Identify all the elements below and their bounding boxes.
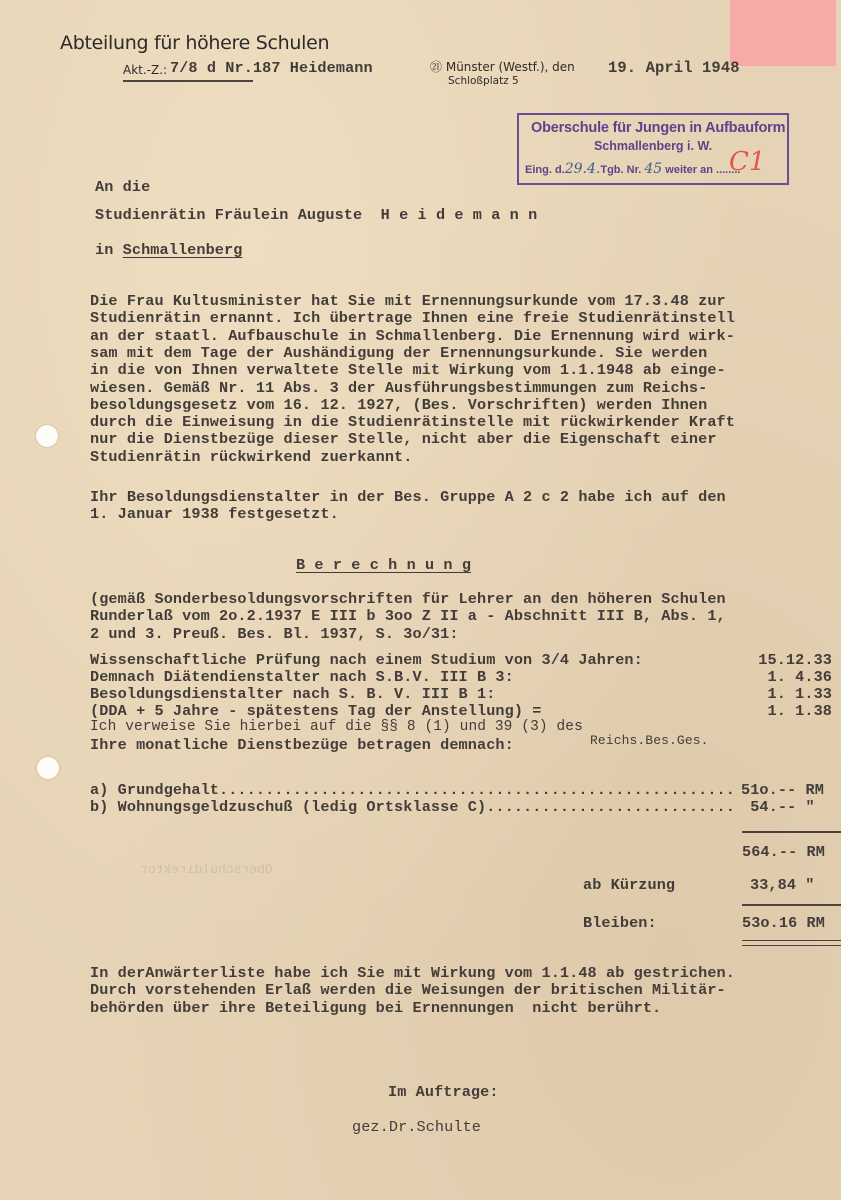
recipient-name: H e i d e m a n n [381, 206, 538, 224]
remaining-label: Bleiben: [583, 914, 657, 932]
text-line: besoldungsgesetz vom 16. 12. 1927, (Bes.… [90, 396, 707, 414]
total-double-rule [742, 940, 841, 946]
stamp-school: Oberschule für Jungen in Aufbauform [531, 120, 785, 136]
letter-date: 19. April 1948 [608, 59, 740, 77]
date-row-value: 15.12.33 [758, 651, 832, 669]
text-line: Studienrätin ernannt. Ich übertrage Ihne… [90, 309, 735, 327]
text-line: 2 und 3. Preuß. Bes. Bl. 1937, S. 3o/31: [90, 625, 459, 643]
stamp-journal-number: 45 [644, 161, 662, 177]
date-row-value: 1. 1.38 [768, 702, 833, 720]
text-line: Durch vorstehenden Erlaß werden die Weis… [90, 981, 726, 999]
date-row-label: Wissenschaftliche Prüfung nach einem Stu… [90, 651, 643, 669]
deduction-rule [742, 904, 841, 906]
text-line: Studienrätin rückwirkend zuerkannt. [90, 448, 413, 466]
punch-hole [37, 757, 59, 779]
text-line: durch die Einweisung in die Studienrätin… [90, 413, 735, 431]
monthly-intro: Ihre monatliche Dienstbezüge betragen de… [90, 736, 514, 754]
text-line: nur die Dienstbezüge dieser Stelle, nich… [90, 430, 717, 448]
department-heading: Abteilung für höhere Schulen [60, 32, 329, 54]
recipient-line: Studienrätin Fräulein Auguste H e i d e … [95, 206, 537, 224]
salary-item-label: a) Grundgehalt..........................… [90, 781, 735, 799]
address-line: Schloßplatz 5 [448, 75, 519, 87]
text-line: (gemäß Sonderbesoldungsvorschriften für … [90, 590, 726, 608]
text-line: Runderlaß vom 2o.2.1937 E III b 3oo Z II… [90, 607, 726, 625]
reference-note-cont: Reichs.Bes.Ges. [590, 733, 709, 748]
sum-rule [742, 831, 841, 833]
file-ref-value: 7/8 d Nr.187 Heidemann [170, 59, 373, 77]
reference-note: Ich verweise Sie hierbei auf die §§ 8 (1… [90, 719, 583, 735]
date-row-value: 1. 4.36 [768, 668, 833, 686]
text-line: 1. Januar 1938 festgesetzt. [90, 505, 339, 523]
text-line: behörden über ihre Beteiligung bei Ernen… [90, 999, 661, 1017]
stamp-receipt-line: Eing. d.29.4.Tgb. Nr. 45 weiter an .....… [525, 161, 740, 177]
recipient-city: in Schmallenberg [95, 241, 242, 259]
file-ref-underline [123, 80, 253, 82]
deduction-amount: 33,84 " [750, 876, 815, 894]
pink-index-tab [730, 0, 836, 66]
date-row-label: (DDA + 5 Jahre - spätestens Tag der Anst… [90, 702, 542, 720]
calculation-heading: B e r e c h n u n g [296, 556, 471, 574]
text-line: in die von Ihnen verwaltete Stelle mit W… [90, 361, 726, 379]
subtotal-amount: 564.-- RM [742, 843, 825, 861]
text-line: Ihr Besoldungsdienstalter in der Bes. Gr… [90, 488, 726, 506]
bleed-through-text: Oberschuldirektor [140, 862, 273, 877]
signature: gez.Dr.Schulte [352, 1118, 481, 1136]
text-line: an der staatl. Aufbauschule in Schmallen… [90, 327, 735, 345]
text-line: wiesen. Gemäß Nr. 11 Abs. 3 der Ausführu… [90, 379, 707, 397]
date-row-label: Besoldungsdienstalter nach S. B. V. III … [90, 685, 495, 703]
stamp-received-date: 29.4. [565, 161, 601, 177]
file-ref-label: Akt.-Z.: [123, 63, 167, 77]
remaining-amount: 53o.16 RM [742, 914, 825, 932]
salary-item-amount: 51o.-- RM [741, 781, 841, 799]
punch-hole [36, 425, 58, 447]
receipt-stamp: Oberschule für Jungen in Aufbauform Schm… [517, 113, 789, 185]
postal-zone-icon: ㉑ [430, 60, 442, 74]
stamp-forward-mark: C1 [729, 147, 765, 177]
date-row-label: Demnach Diätendienstalter nach S.B.V. II… [90, 668, 514, 686]
deduction-label: ab Kürzung [583, 876, 675, 894]
salary-item-amount: 54.-- " [741, 798, 841, 816]
salary-item-label: b) Wohnungsgeldzuschuß (ledig Ortsklasse… [90, 798, 735, 816]
address-to: An die [95, 178, 150, 196]
text-line: sam mit dem Tage der Aushändigung der Er… [90, 344, 707, 362]
location-line: ㉑ Münster (Westf.), den [430, 58, 575, 75]
text-line: Die Frau Kultusminister hat Sie mit Erne… [90, 292, 726, 310]
text-line: In derAnwärterliste habe ich Sie mit Wir… [90, 964, 735, 982]
on-behalf-label: Im Auftrage: [388, 1083, 499, 1101]
date-row-value: 1. 1.33 [768, 685, 833, 703]
